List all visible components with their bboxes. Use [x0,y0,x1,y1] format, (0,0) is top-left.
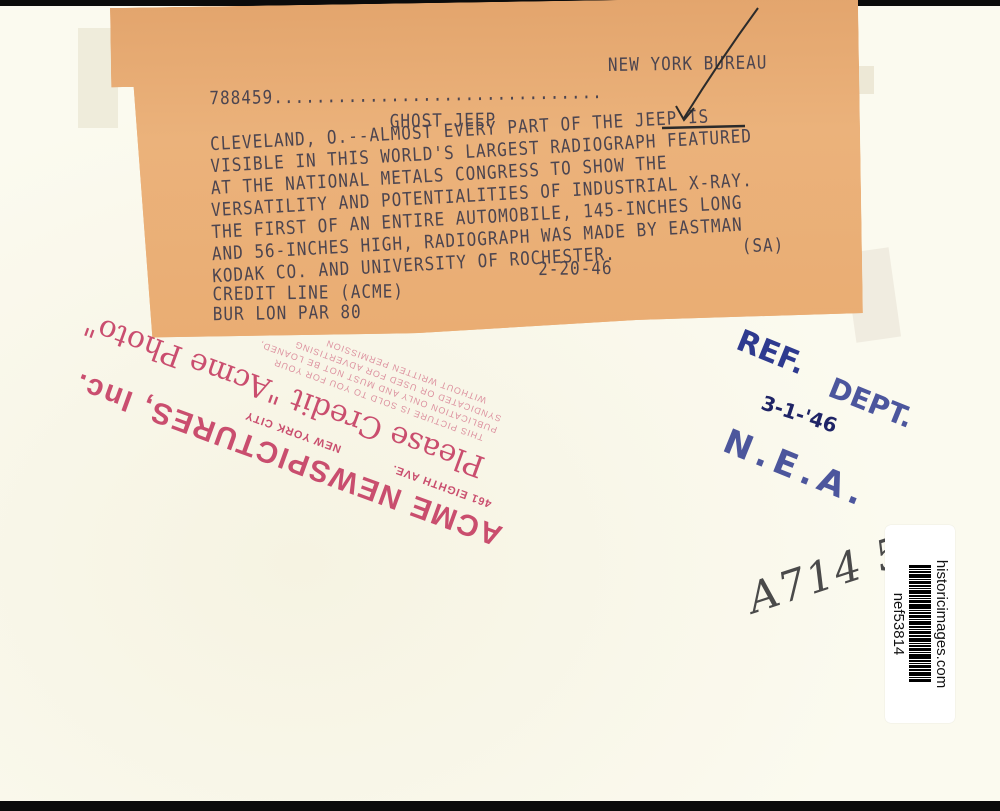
barcode-item-code: nef53814 [890,529,907,719]
barcode-icon [909,529,931,719]
barcode-site-name: historicimages.com [933,529,950,719]
barcode-label: historicimages.com nef53814 [885,525,955,723]
